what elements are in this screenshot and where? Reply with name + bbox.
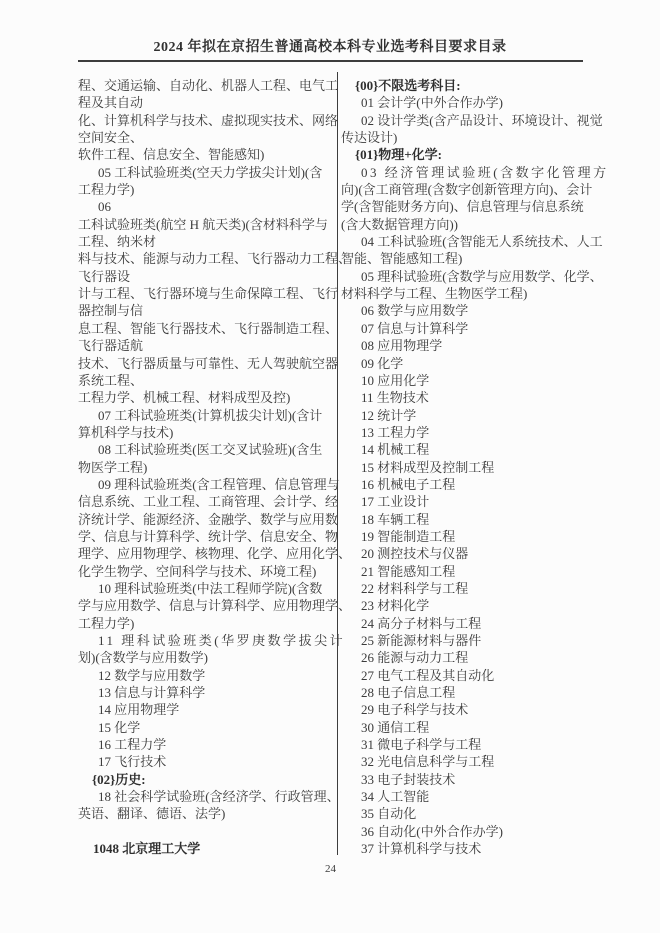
text-line: 11 理科试验班类(华罗庚数学拔尖计 xyxy=(78,632,336,649)
text-line: 07 信息与计算科学 xyxy=(341,320,587,337)
text-line: 02 设计学类(含产品设计、环境设计、视觉 xyxy=(341,112,587,129)
text-line: 信息系统、工业工程、工商管理、会计学、经 xyxy=(78,493,336,510)
text-line: 工程力学) xyxy=(78,615,336,632)
text-line: 27 电气工程及其自动化 xyxy=(341,667,587,684)
text-line: 向)(含工商管理(含数字创新管理方向)、会计 xyxy=(341,181,587,198)
text-line: 化学生物学、空间科学与技术、环境工程) xyxy=(78,563,336,580)
text-line: 32 光电信息科学与工程 xyxy=(341,753,587,770)
text-line: 工科试验班类(航空 H 航天类)(含材料科学与 xyxy=(78,216,336,233)
text-line: 04 工科试验班(含智能无人系统技术、人工 xyxy=(341,233,587,250)
text-line: 12 统计学 xyxy=(341,407,587,424)
text-line: 12 数学与应用数学 xyxy=(78,667,336,684)
text-line: 计与工程、飞行器环境与生命保障工程、飞行 xyxy=(78,285,336,302)
text-line: 18 车辆工程 xyxy=(341,511,587,528)
text-line: 28 电子信息工程 xyxy=(341,684,587,701)
text-line: 系统工程、 xyxy=(78,372,336,389)
section-heading: {01}物理+化学: xyxy=(341,146,587,163)
text-line: 20 测控技术与仪器 xyxy=(341,545,587,562)
text-line: 21 智能感知工程 xyxy=(341,563,587,580)
text-line: 划)(含数学与应用数学) xyxy=(78,649,336,666)
text-line: 17 飞行技术 xyxy=(78,753,336,770)
text-line: 技术、飞行器质量与可靠性、无人驾驶航空器 xyxy=(78,355,336,372)
blank-line xyxy=(78,823,336,840)
text-line: 14 应用物理学 xyxy=(78,701,336,718)
text-line: 07 工科试验班类(计算机拔尖计划)(含计 xyxy=(78,407,336,424)
text-line: 工程、纳米材 xyxy=(78,233,336,250)
text-line: 09 化学 xyxy=(341,355,587,372)
text-line: 34 人工智能 xyxy=(341,788,587,805)
section-heading: {00}不限选考科目: xyxy=(341,77,587,94)
text-line: 19 智能制造工程 xyxy=(341,528,587,545)
text-line: 工程力学) xyxy=(78,181,336,198)
text-line: 息工程、智能飞行器技术、飞行器制造工程、 xyxy=(78,320,336,337)
text-line: 23 材料化学 xyxy=(341,597,587,614)
right-column: {00}不限选考科目:01 会计学(中外合作办学)02 设计学类(含产品设计、环… xyxy=(341,77,587,857)
text-line: 飞行器适航 xyxy=(78,337,336,354)
text-line: 37 计算机科学与技术 xyxy=(341,840,587,857)
text-line: 程、交通运输、自动化、机器人工程、电气工 xyxy=(78,77,336,94)
text-line: 30 通信工程 xyxy=(341,719,587,736)
text-line: 理学、应用物理学、核物理、化学、应用化学、 xyxy=(78,545,336,562)
text-line: 15 材料成型及控制工程 xyxy=(341,459,587,476)
document-page: 2024 年拟在京招生普通高校本科专业选考科目要求目录 程、交通运输、自动化、机… xyxy=(0,0,660,933)
school-entry: 1048 北京理工大学 xyxy=(78,840,336,857)
text-line: 17 工业设计 xyxy=(341,493,587,510)
text-line: 料与技术、能源与动力工程、飞行器动力工程、 xyxy=(78,250,336,267)
text-line: 35 自动化 xyxy=(341,805,587,822)
text-line: 化、计算机科学与技术、虚拟现实技术、网络 xyxy=(78,112,336,129)
text-line: 软件工程、信息安全、智能感知) xyxy=(78,146,336,163)
page-number: 24 xyxy=(78,863,583,875)
text-line: 36 自动化(中外合作办学) xyxy=(341,823,587,840)
text-line: 16 机械电子工程 xyxy=(341,476,587,493)
text-line: 26 能源与动力工程 xyxy=(341,649,587,666)
text-line: 06 xyxy=(78,198,336,215)
text-line: 物医学工程) xyxy=(78,459,336,476)
text-line: 11 生物技术 xyxy=(341,389,587,406)
text-line: 18 社会科学试验班(含经济学、行政管理、 xyxy=(78,788,336,805)
text-line: 05 工科试验班类(空天力学拔尖计划)(含 xyxy=(78,164,336,181)
text-line: 05 理科试验班(含数学与应用数学、化学、 xyxy=(341,268,587,285)
text-line: 工程力学、机械工程、材料成型及控) xyxy=(78,389,336,406)
text-line: 算机科学与技术) xyxy=(78,424,336,441)
text-line: 程及其自动 xyxy=(78,94,336,111)
text-line: 22 材料科学与工程 xyxy=(341,580,587,597)
text-line: 器控制与信 xyxy=(78,302,336,319)
text-line: (含大数据管理方向)) xyxy=(341,216,587,233)
text-line: 01 会计学(中外合作办学) xyxy=(341,94,587,111)
text-line: 学与应用数学、信息与计算科学、应用物理学、 xyxy=(78,597,336,614)
text-line: 33 电子封装技术 xyxy=(341,771,587,788)
text-line: 06 数学与应用数学 xyxy=(341,302,587,319)
text-line: 智能、智能感知工程) xyxy=(341,250,587,267)
left-column: 程、交通运输、自动化、机器人工程、电气工程及其自动化、计算机科学与技术、虚拟现实… xyxy=(78,77,336,857)
text-line: 英语、翻译、德语、法学) xyxy=(78,805,336,822)
document-title: 2024 年拟在京招生普通高校本科专业选考科目要求目录 xyxy=(0,36,660,56)
text-line: 10 理科试验班类(中法工程师学院)(含数 xyxy=(78,580,336,597)
text-line: 飞行器设 xyxy=(78,268,336,285)
text-line: 09 理科试验班类(含工程管理、信息管理与 xyxy=(78,476,336,493)
text-line: 24 高分子材料与工程 xyxy=(341,615,587,632)
text-line: 材料科学与工程、生物医学工程) xyxy=(341,285,587,302)
text-line: 10 应用化学 xyxy=(341,372,587,389)
column-divider xyxy=(337,72,338,855)
text-line: 13 信息与计算科学 xyxy=(78,684,336,701)
section-heading: {02}历史: xyxy=(78,771,336,788)
text-line: 15 化学 xyxy=(78,719,336,736)
text-line: 16 工程力学 xyxy=(78,736,336,753)
text-line: 学、信息与计算科学、统计学、信息安全、物 xyxy=(78,528,336,545)
text-line: 25 新能源材料与器件 xyxy=(341,632,587,649)
text-line: 13 工程力学 xyxy=(341,424,587,441)
text-line: 14 机械工程 xyxy=(341,441,587,458)
text-line: 29 电子科学与技术 xyxy=(341,701,587,718)
text-line: 31 微电子科学与工程 xyxy=(341,736,587,753)
text-line: 08 工科试验班类(医工交叉试验班)(含生 xyxy=(78,441,336,458)
header-rule xyxy=(78,60,583,62)
text-line: 08 应用物理学 xyxy=(341,337,587,354)
text-line: 传达设计) xyxy=(341,129,587,146)
text-line: 空间安全、 xyxy=(78,129,336,146)
text-line: 03 经济管理试验班(含数字化管理方 xyxy=(341,164,587,181)
text-line: 济统计学、能源经济、金融学、数学与应用数 xyxy=(78,511,336,528)
text-line: 学(含智能财务方向)、信息管理与信息系统 xyxy=(341,198,587,215)
